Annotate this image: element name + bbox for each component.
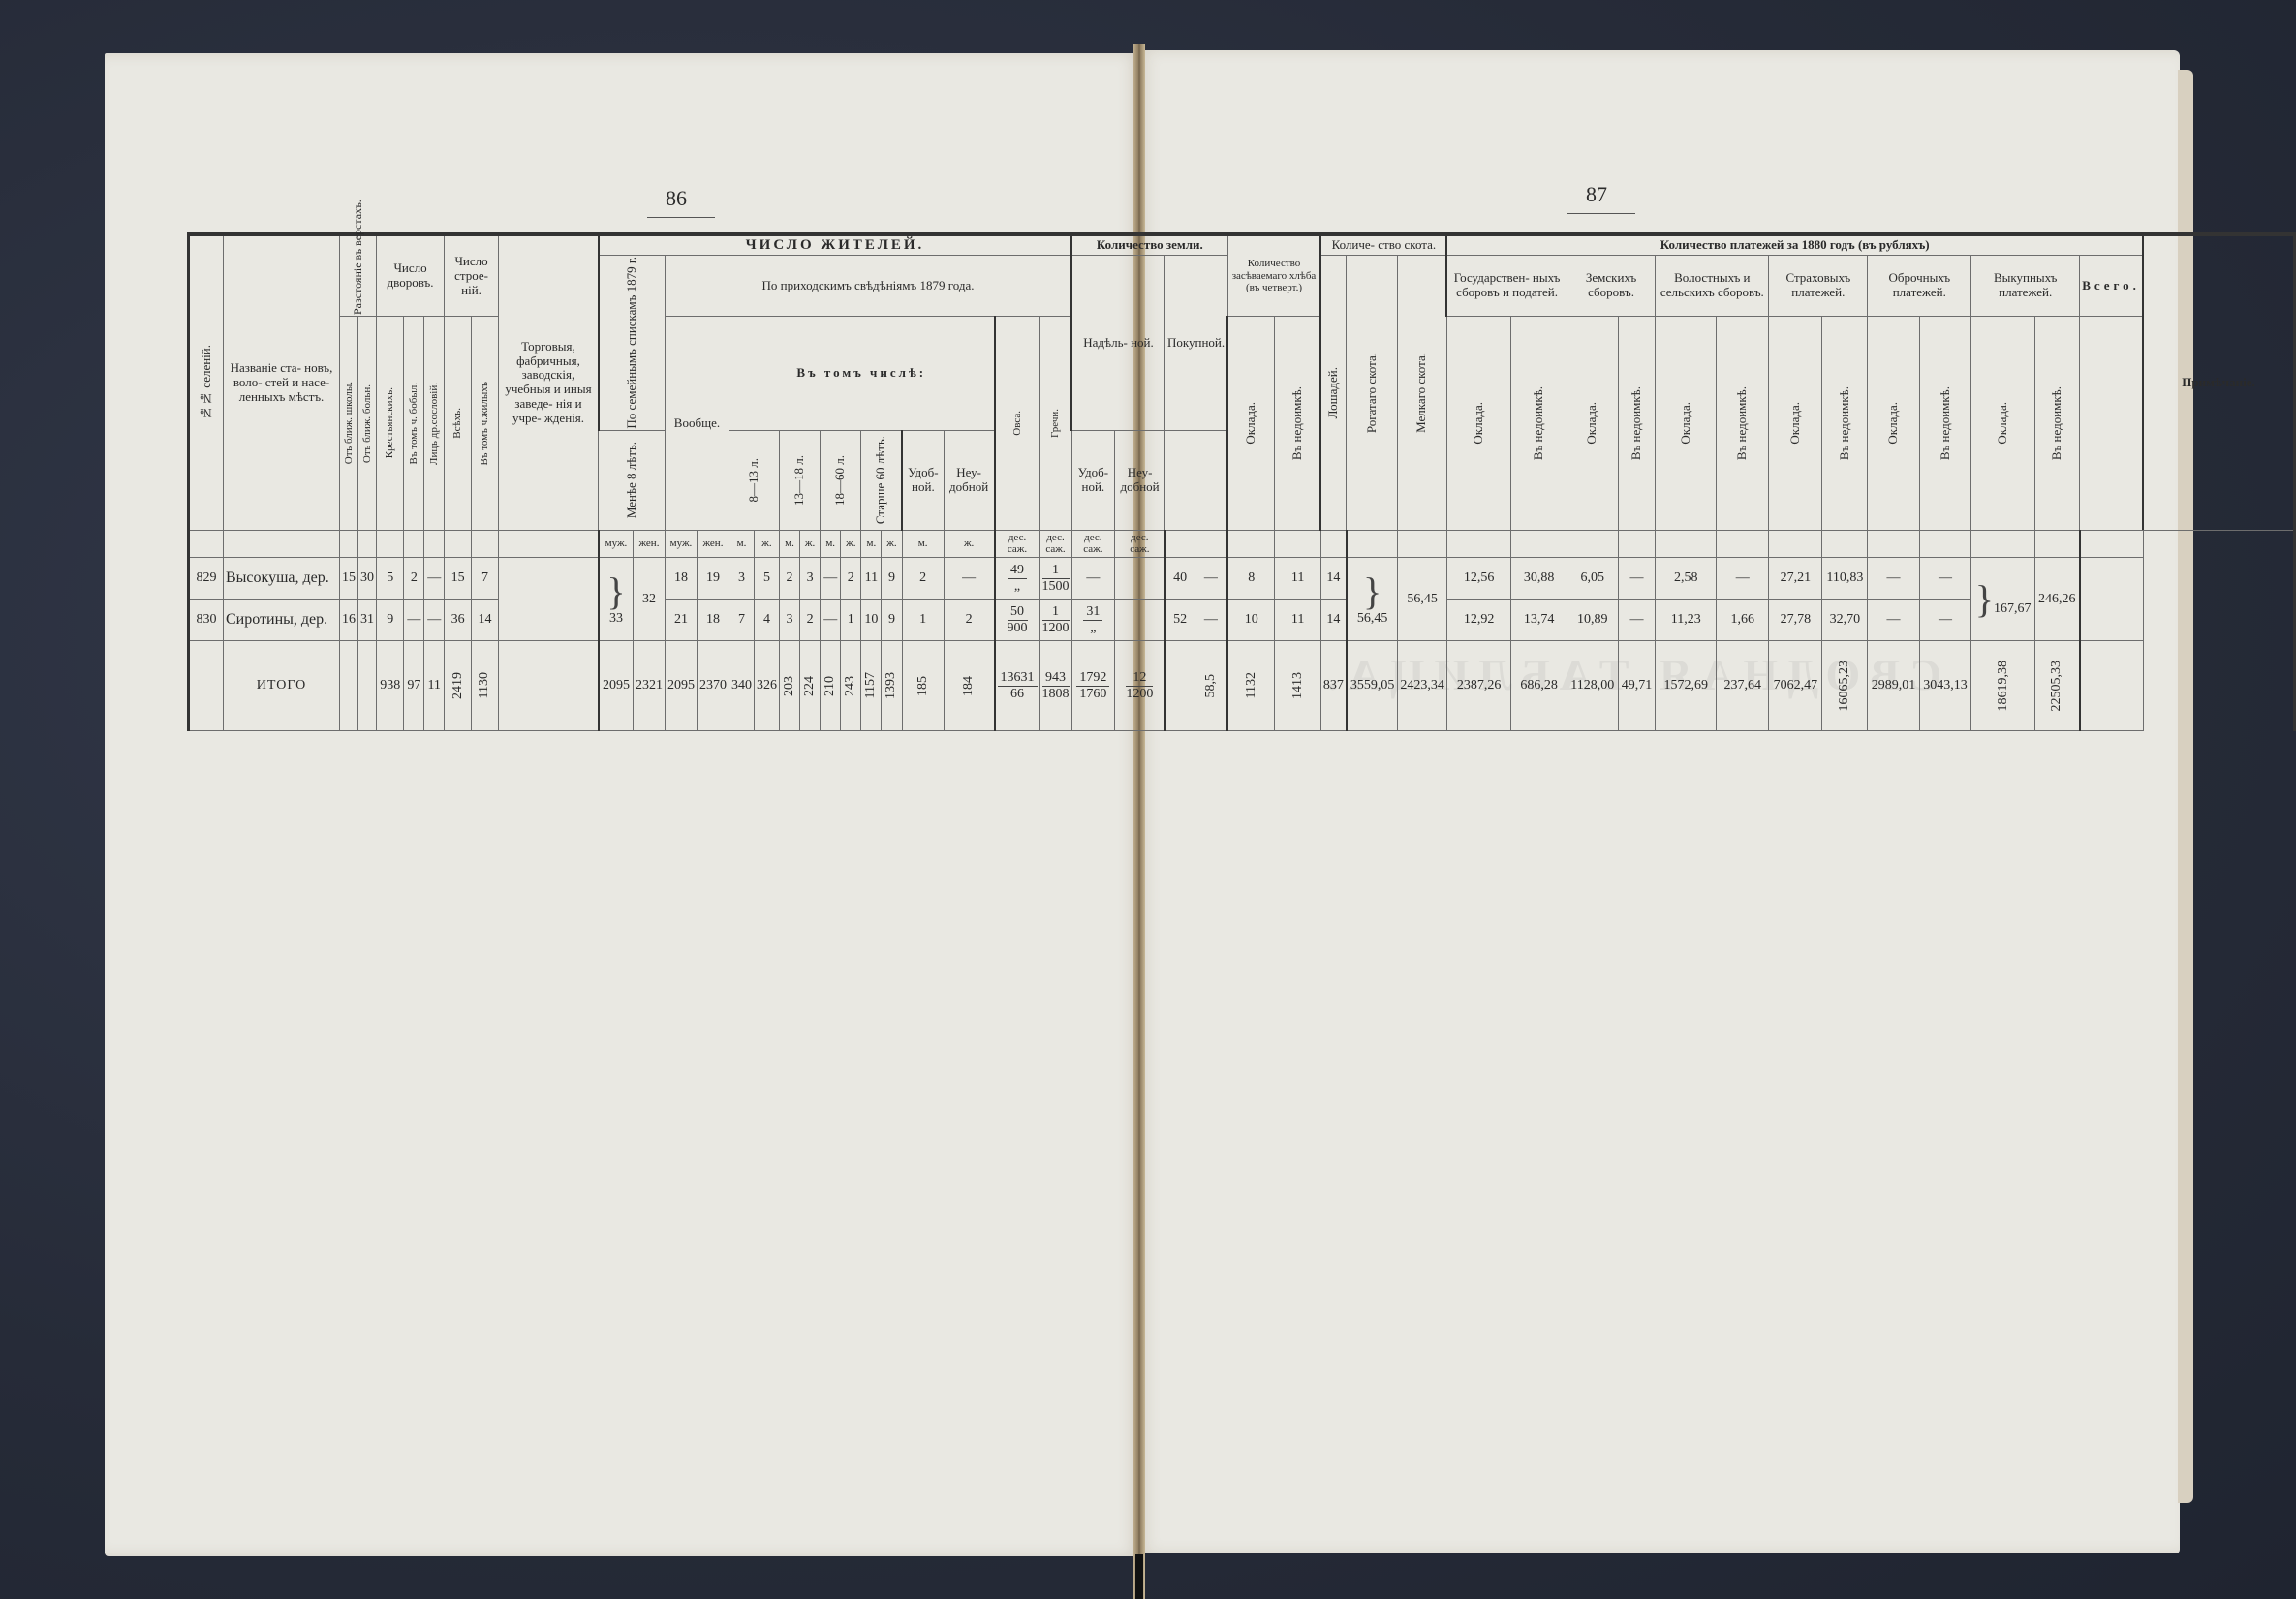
table-row: 829 Высокуша, дер. 15 30 5 2 — 15 7 } 33… (189, 558, 2295, 600)
page-number-right: 87 (1567, 182, 1626, 214)
col-total-arrears: Въ недоимкѣ. (2034, 317, 2079, 531)
col-total: Всего. (2080, 256, 2143, 317)
col-distance: Разстояніе въ верстахъ. (340, 234, 377, 317)
col-volost-arrears: Въ недоимкѣ. (1618, 317, 1656, 531)
col-allot-unusable: Неу- добной (944, 430, 994, 530)
col-notes: Примѣчаніе. (2143, 234, 2295, 530)
col-dist-school: Отъ ближ. школы. (340, 317, 358, 531)
col-parish: По приходскимъ свѣдѣніямъ 1879 года. (665, 256, 1071, 317)
col-yards-other: Лицъ др.сословій. (424, 317, 445, 531)
col-insurance-oklad: Оклада. (1656, 317, 1717, 531)
col-payments: Количество платежей за 1880 годъ (въ руб… (1446, 234, 2143, 256)
col-insurance: Страховыхъ платежей. (1769, 256, 1868, 317)
col-land: Количество земли. (1071, 234, 1227, 256)
col-buildings-all: Всѣхъ. (445, 317, 472, 531)
col-including: Въ томъ числѣ: (729, 317, 994, 431)
col-state-oklad: Оклада. (1227, 317, 1275, 531)
col-age-lt8: Менѣе 8 лѣтъ. (599, 430, 666, 530)
col-obrok-oklad: Оклада. (1769, 317, 1822, 531)
col-family-lists: По семейнымъ спискамъ 1879 г. (599, 256, 666, 431)
col-age-13-18: 13—18 л. (779, 430, 820, 530)
col-institutions: Торговыя, фабричныя, заводскія, учебныя … (498, 234, 599, 530)
totals-label: ИТОГО (224, 641, 340, 731)
statistics-table: №№ селеній. Названіе ста- новъ, воло- ст… (187, 232, 2296, 731)
col-dist-hospital: Отъ ближ. больн. (358, 317, 377, 531)
col-land-bought: Покупной. (1165, 256, 1228, 431)
col-livestock: Количе- ство скота. (1320, 234, 1446, 256)
gutter-shadow (1135, 1554, 1143, 1599)
col-zemstvo-arrears: Въ недоимкѣ. (1511, 317, 1567, 531)
col-obrok-arrears: Въ недоимкѣ. (1822, 317, 1868, 531)
col-redemption-arrears: Въ недоимкѣ. (1919, 317, 1971, 531)
col-zemstvo: Земскихъ сборовъ. (1567, 256, 1656, 317)
col-inhabitants: ЧИСЛО ЖИТЕЛЕЙ. (599, 234, 1071, 256)
totals-row: ИТОГО 938 97 11 2419 1130 2095 2321 2095… (189, 641, 2295, 731)
col-age-gt60: Старше 60 лѣтъ. (861, 430, 902, 530)
col-cattle: Рогатаго скота. (1347, 256, 1398, 531)
col-obrok: Оброчныхъ платежей. (1868, 256, 1971, 317)
col-yards-bobyl: Въ томъ ч. бобыл. (404, 317, 424, 531)
col-allot-usable: Удоб- ной. (902, 430, 944, 530)
col-insurance-arrears: Въ недоимкѣ. (1717, 317, 1769, 531)
col-volost: Волостныхъ и сельскихъ сборовъ. (1656, 256, 1769, 317)
col-buckwheat: Гречи. (1039, 317, 1071, 531)
col-age-8-13: 8—13 л. (729, 430, 779, 530)
col-bought-usable: Удоб- ной. (1071, 430, 1115, 530)
col-age-18-60: 18—60 л. (821, 430, 861, 530)
col-state-arrears: Въ недоимкѣ. (1275, 317, 1321, 531)
page-number-left: 86 (647, 186, 705, 218)
col-small-stock: Мелкаго скота. (1398, 256, 1447, 531)
col-name: Названіе ста- новъ, воло- стей и насе- л… (224, 234, 340, 530)
col-oats: Овса. (995, 317, 1040, 531)
col-state: Государствен- ныхъ сборовъ и податей. (1446, 256, 1567, 317)
col-redemption: Выкупныхъ платежей. (1971, 256, 2080, 317)
col-yards-peasant: Крестьянскихъ. (377, 317, 404, 531)
col-volost-oklad: Оклада. (1567, 317, 1618, 531)
col-horses: Лошадей. (1320, 256, 1347, 531)
col-bought-unusable: Неу- добной (1115, 430, 1165, 530)
col-zemstvo-oklad: Оклада. (1446, 317, 1511, 531)
col-in-general: Вообще. (665, 317, 729, 531)
col-buildings-living: Въ томъ ч.жилыхъ (472, 317, 499, 531)
col-yards: Число дворовъ. (377, 234, 445, 317)
col-redemption-oklad: Оклада. (1868, 317, 1920, 531)
col-land-allot: Надѣль- ной. (1071, 256, 1164, 431)
col-total-oklad: Оклада. (1971, 317, 2035, 531)
col-num: №№ селеній. (189, 234, 224, 530)
col-buildings: Число строе- ній. (445, 234, 499, 317)
col-sown: Количество засѣваемаго хлѣба (въ четверт… (1227, 234, 1320, 317)
